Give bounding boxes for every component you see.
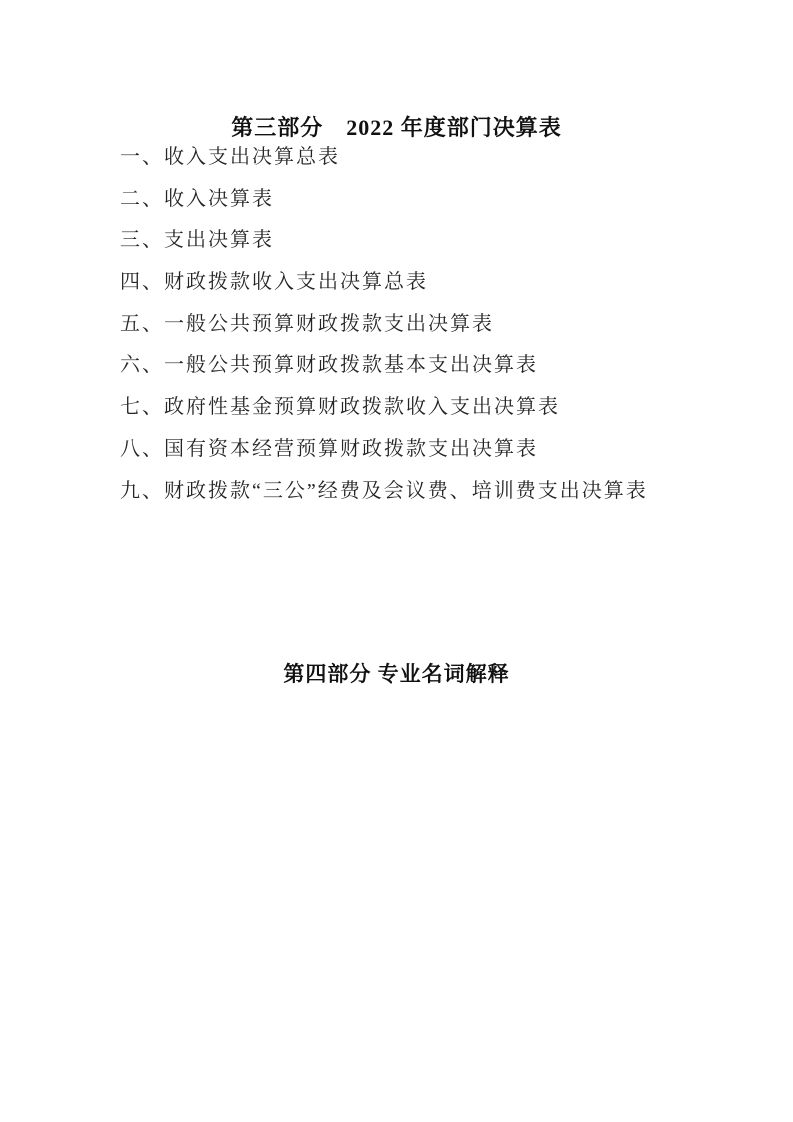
toc-item-7: 七、政府性基金预算财政拨款收入支出决算表 bbox=[120, 387, 733, 429]
toc-item-4: 四、财政拨款收入支出决算总表 bbox=[120, 262, 733, 304]
document-page: 第三部分 2022 年度部门决算表 一、收入支出决算总表 二、收入决算表 三、支… bbox=[0, 0, 793, 1122]
toc-item-2: 二、收入决算表 bbox=[120, 179, 733, 221]
toc-item-1: 一、收入支出决算总表 bbox=[120, 137, 733, 179]
section4-heading: 第四部分 专业名词解释 bbox=[0, 660, 793, 688]
toc-item-5: 五、一般公共预算财政拨款支出决算表 bbox=[120, 304, 733, 346]
toc-item-8: 八、国有资本经营预算财政拨款支出决算表 bbox=[120, 429, 733, 471]
toc-item-6: 六、一般公共预算财政拨款基本支出决算表 bbox=[120, 345, 733, 387]
toc-item-9: 九、财政拨款“三公”经费及会议费、培训费支出决算表 bbox=[120, 471, 733, 513]
toc-item-3: 三、支出决算表 bbox=[120, 220, 733, 262]
section3-table-list: 一、收入支出决算总表 二、收入决算表 三、支出决算表 四、财政拨款收入支出决算总… bbox=[120, 137, 733, 512]
